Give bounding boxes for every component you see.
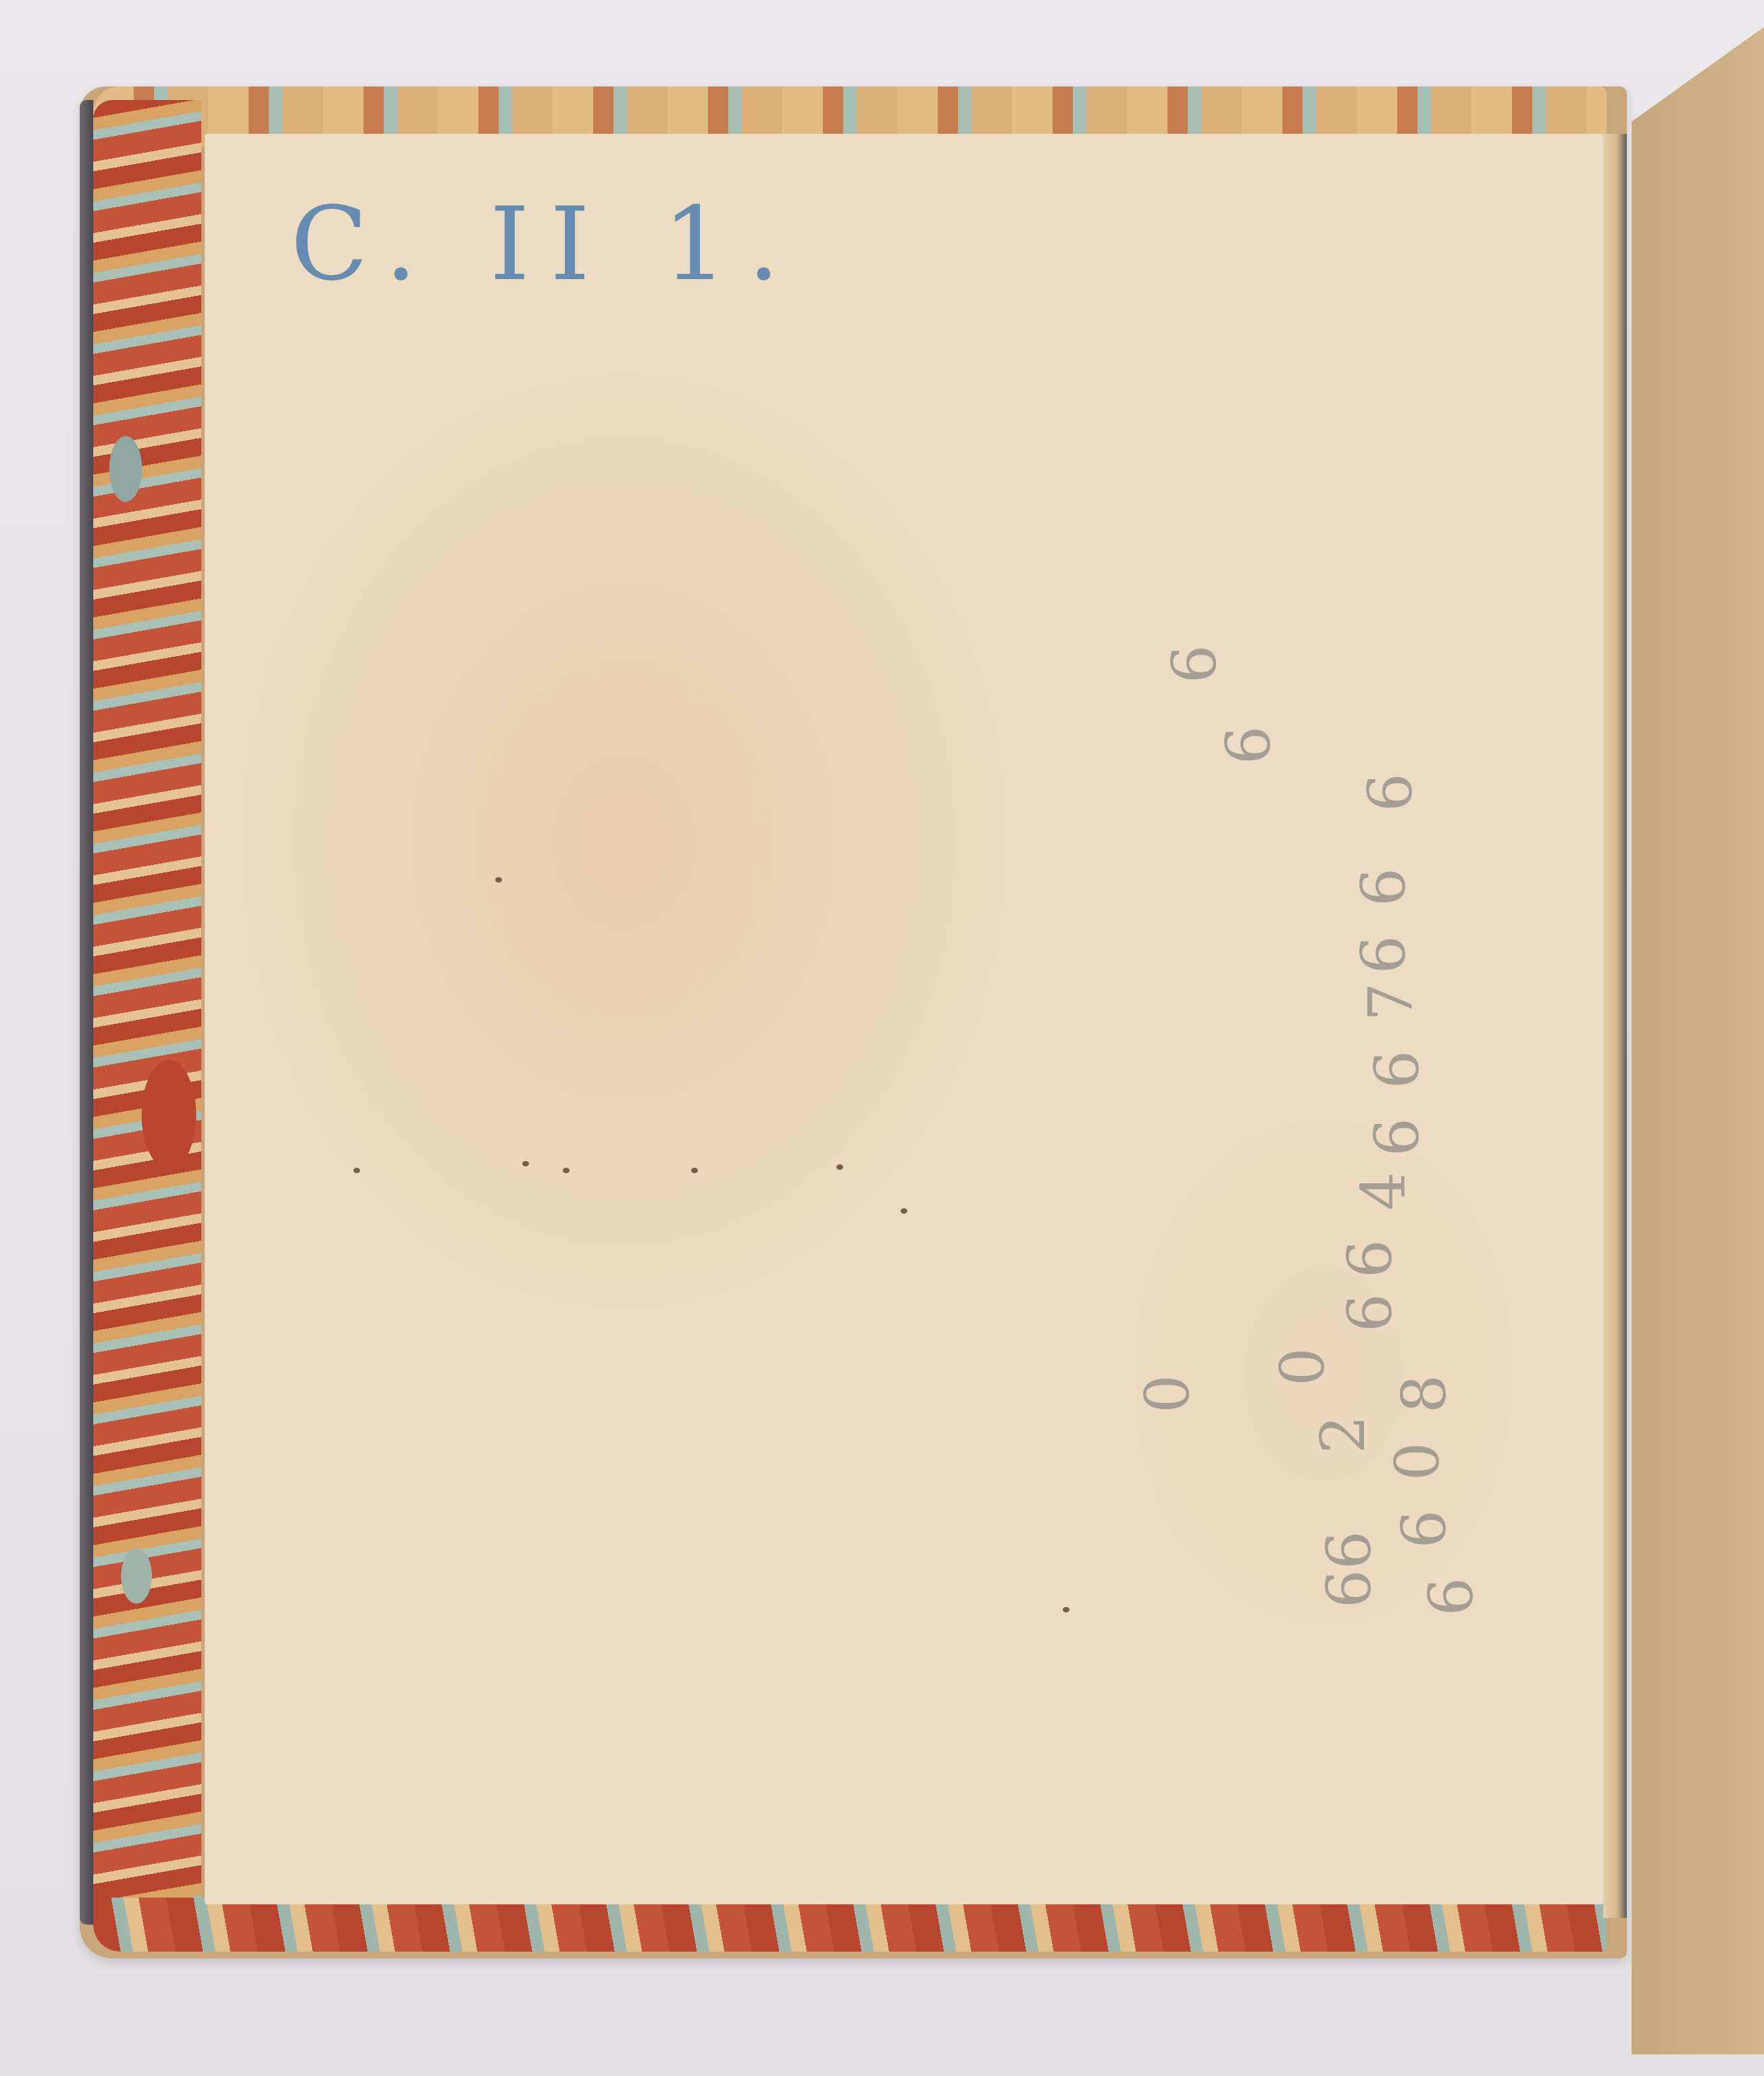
pencil-numeral: 6 <box>1159 645 1230 683</box>
pencil-numeral: 6 <box>1335 1239 1406 1278</box>
pencil-numeral: 4 <box>1349 1172 1419 1210</box>
pencil-numeral: 2 <box>1308 1415 1379 1454</box>
pencil-numeral: 8 <box>1389 1375 1460 1413</box>
pencil-numeral: 6 <box>1362 1118 1433 1156</box>
pencil-numeral: 6 <box>1349 868 1419 906</box>
pencil-numeral: 6 <box>1362 1050 1433 1089</box>
marbled-paper-bottom <box>93 1898 1607 1952</box>
pencil-numeral: 0 <box>1267 1348 1338 1386</box>
marbled-paper-left <box>93 100 201 1945</box>
pencil-numeral: 6 <box>1349 935 1419 974</box>
pencil-numeral: 6 <box>1389 1510 1460 1548</box>
pencil-numeral: 6 <box>1335 1293 1406 1332</box>
pencil-numerals: 66666766466002806666 <box>1149 628 1527 1642</box>
board-edge <box>80 100 93 1925</box>
facing-page <box>1632 27 1764 2054</box>
gutter <box>1603 134 1627 1918</box>
pencil-numeral: 6 <box>1213 726 1284 764</box>
pencil-numeral: 6 <box>1416 1577 1487 1616</box>
pencil-numeral: 6 <box>1355 773 1426 812</box>
pencil-numeral: 0 <box>1132 1375 1203 1413</box>
pencil-numeral: 7 <box>1355 983 1426 1021</box>
pencil-numeral: 66 <box>1314 1531 1385 1608</box>
shelfmark: C. II 1. <box>291 186 800 303</box>
pencil-numeral: 0 <box>1382 1442 1453 1481</box>
